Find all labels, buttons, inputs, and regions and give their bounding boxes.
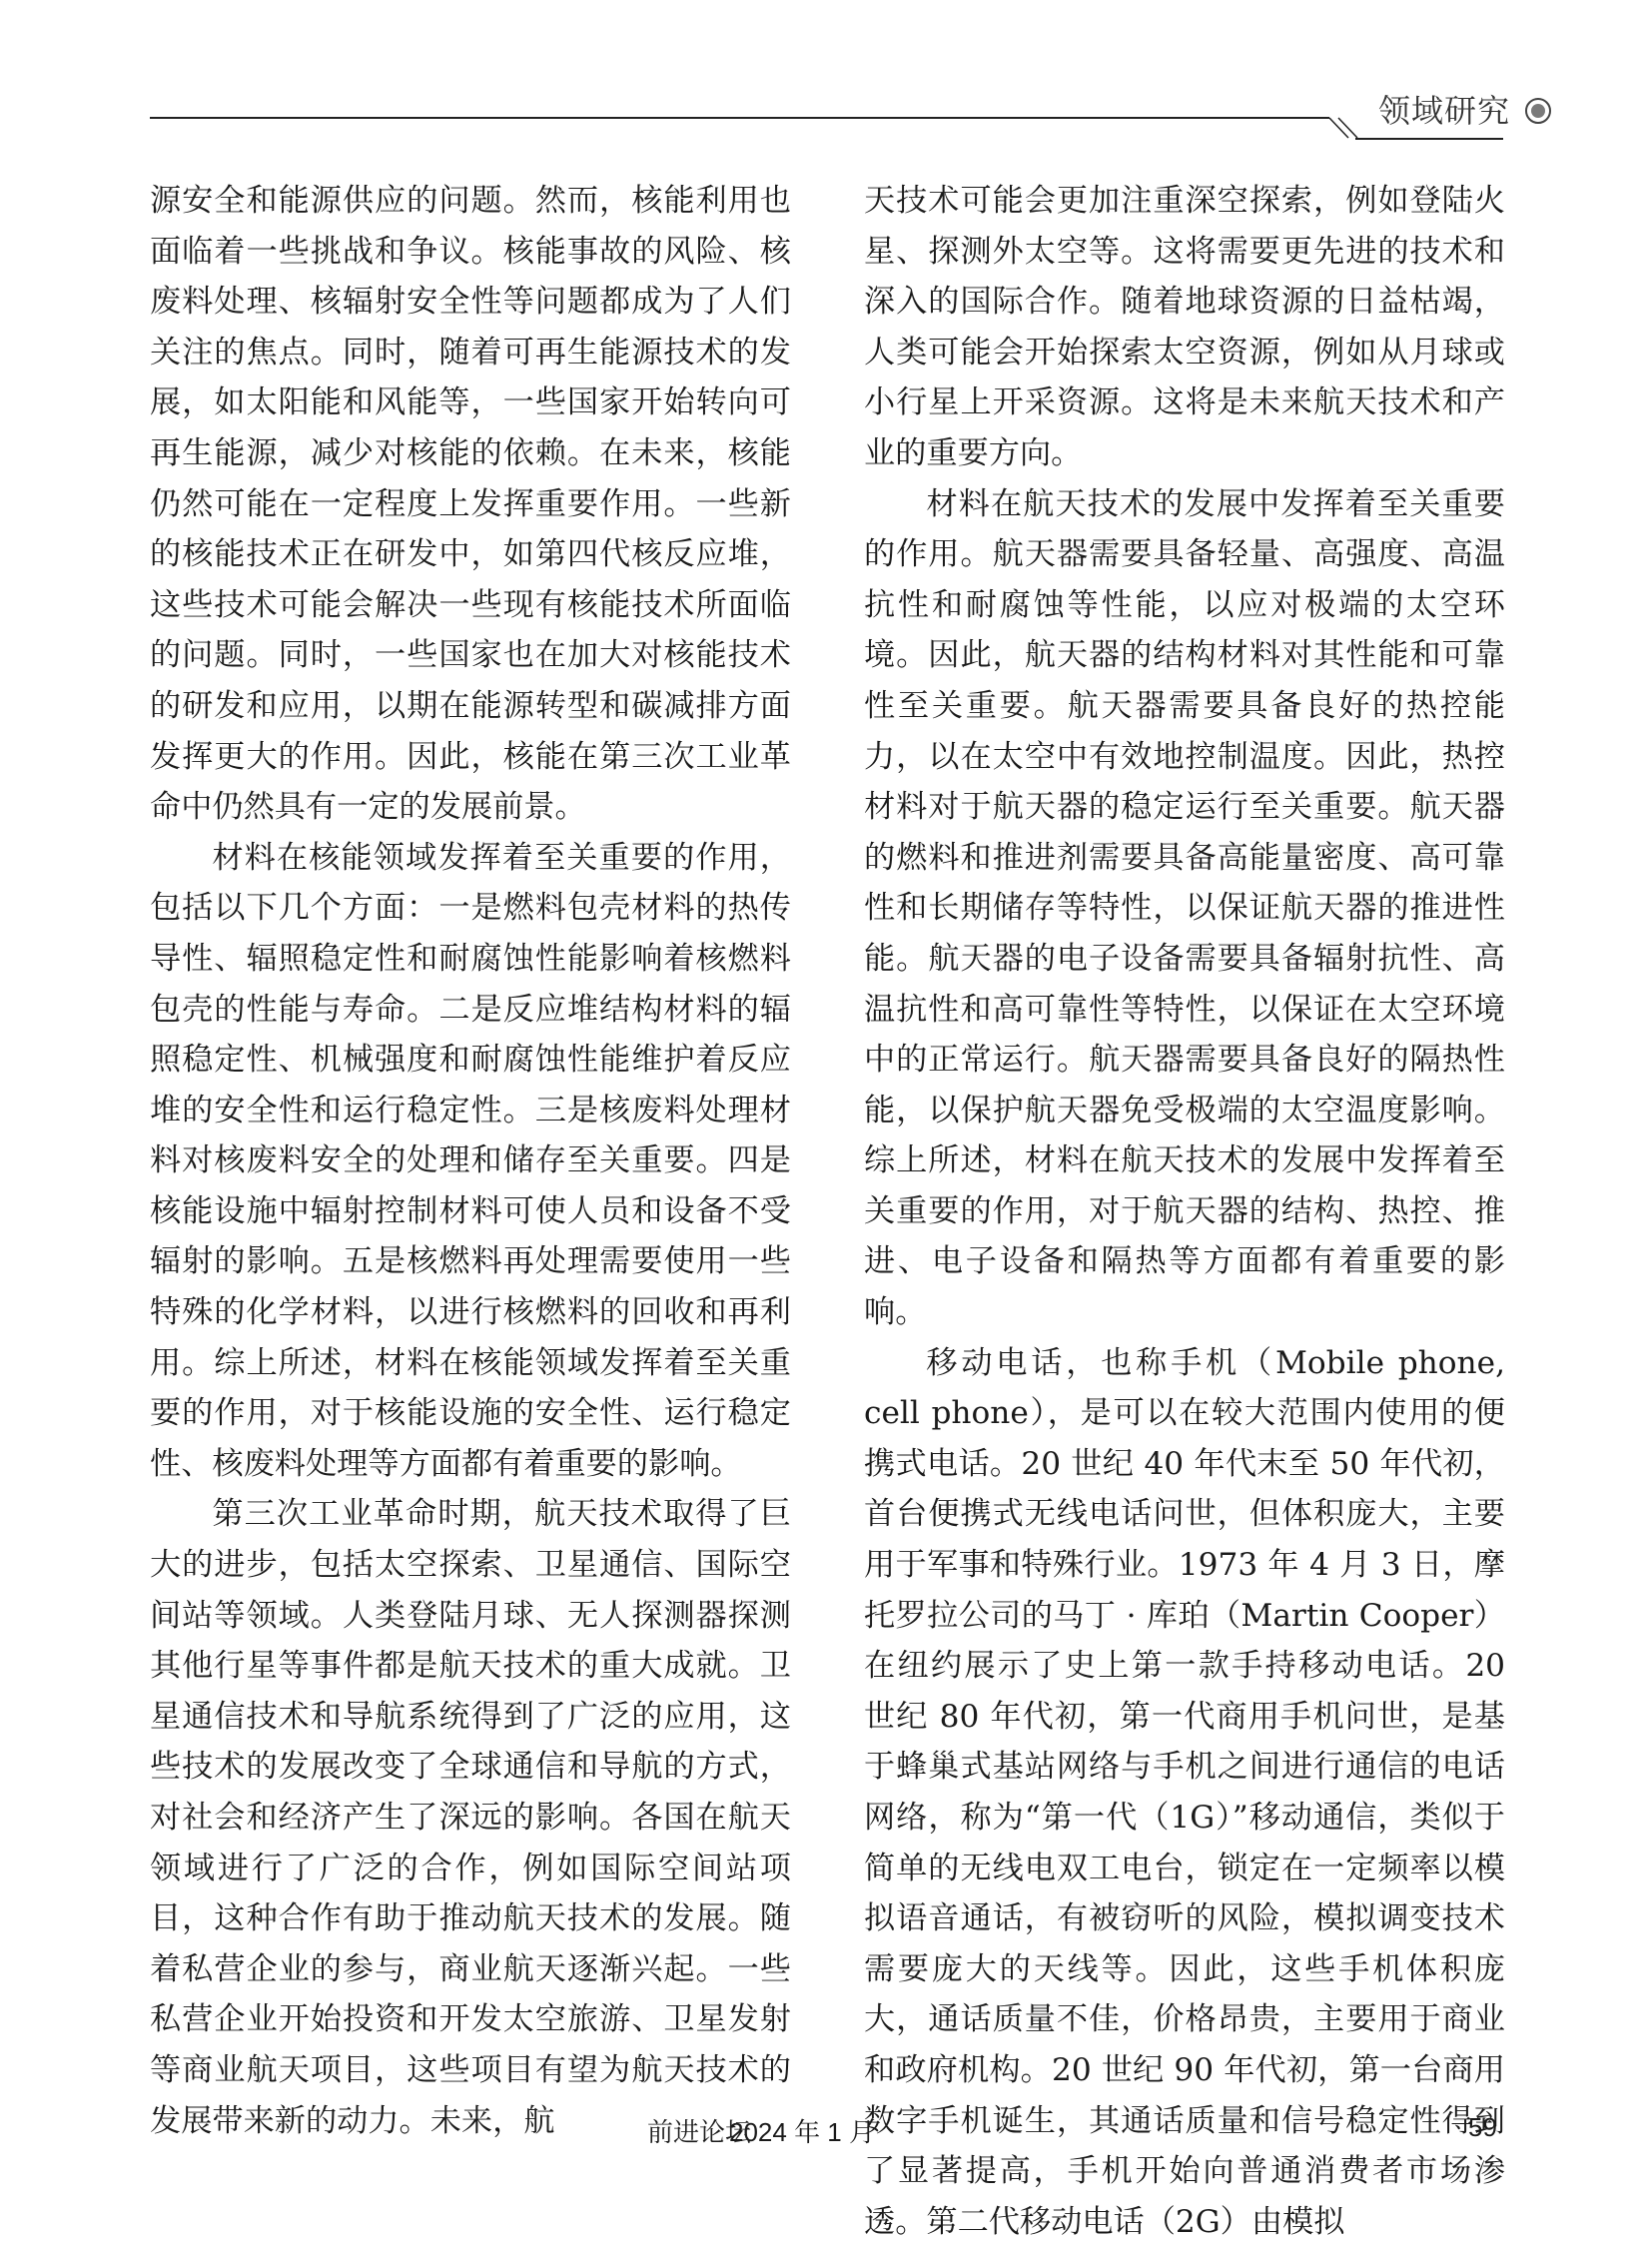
page-number: 59	[1468, 2112, 1497, 2143]
paragraph: 材料在航天技术的发展中发挥着至关重要的作用。航天器需要具备轻量、高强度、高温抗性…	[864, 479, 1505, 1338]
paragraph: 天技术可能会更加注重深空探索，例如登陆火星、探测外太空等。这将需要更先进的技术和…	[864, 176, 1505, 479]
page-footer: 前进论坛 2024 年 1 月 59	[0, 2112, 1652, 2152]
paragraph: 第三次工业革命时期，航天技术取得了巨大的进步，包括太空探索、卫星通信、国际空间站…	[150, 1489, 791, 2146]
paragraph: 源安全和能源供应的问题。然而，核能利用也面临着一些挑战和争议。核能事故的风险、核…	[150, 176, 791, 833]
issue-date: 2024 年 1 月	[729, 2112, 875, 2149]
right-column: 天技术可能会更加注重深空探索，例如登陆火星、探测外太空等。这将需要更先进的技术和…	[864, 176, 1505, 2242]
section-label: 领域研究	[1378, 86, 1510, 132]
paragraph: 材料在核能领域发挥着至关重要的作用，包括以下几个方面：一是燃料包壳材料的热传导性…	[150, 833, 791, 1490]
paragraph: 移动电话，也称手机（Mobile phone, cell phone），是可以在…	[864, 1338, 1505, 2242]
circle-bullet-icon	[1525, 98, 1551, 124]
left-column: 源安全和能源供应的问题。然而，核能利用也面临着一些挑战和争议。核能事故的风险、核…	[150, 176, 791, 2146]
